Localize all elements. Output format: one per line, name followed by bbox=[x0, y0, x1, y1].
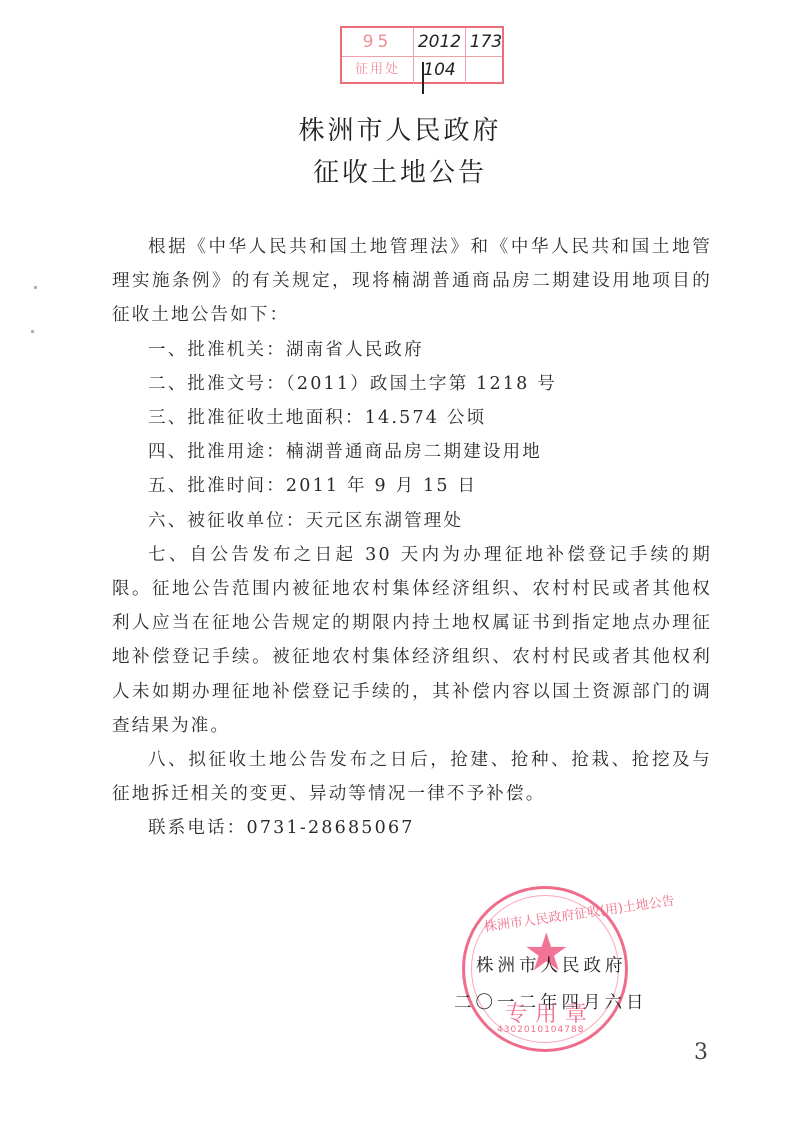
signature-issuer: 株洲市人民政府 bbox=[476, 952, 627, 977]
item-label: 一、批准机关： bbox=[148, 340, 286, 360]
item-approved-use: 四、批准用途：楠湖普通商品房二期建设用地 bbox=[112, 435, 712, 469]
item-approval-authority: 一、批准机关：湖南省人民政府 bbox=[112, 333, 712, 367]
contact-line: 联系电话：0731-28685067 bbox=[112, 811, 712, 845]
item-label: 三、批准征收土地面积： bbox=[148, 408, 365, 428]
item-value: 2011 年 9 月 15 日 bbox=[286, 476, 477, 496]
signature-date: 二〇一二年四月六日 bbox=[454, 989, 648, 1014]
stamp-printed-office: 征用处 bbox=[342, 56, 414, 84]
contact-phone: 0731-28685067 bbox=[247, 818, 415, 838]
intro-paragraph: 根据《中华人民共和国土地管理法》和《中华人民共和国土地管理实施条例》的有关规定，… bbox=[112, 230, 712, 333]
clause-eight: 八、拟征收土地公告发布之日后，抢建、抢种、抢栽、抢挖及与征地拆迁相关的变更、异动… bbox=[112, 743, 712, 811]
item-value: 天元区东湖管理处 bbox=[306, 511, 464, 531]
clause-seven: 七、自公告发布之日起 30 天内为办理征地补偿登记手续的期限。征地公告范围内被征… bbox=[112, 538, 712, 743]
item-value: （2011）政国土字第 1218 号 bbox=[286, 374, 557, 394]
item-land-area: 三、批准征收土地面积：14.574 公顷 bbox=[112, 401, 712, 435]
item-label: 六、被征收单位： bbox=[148, 511, 306, 531]
item-value: 楠湖普通商品房二期建设用地 bbox=[286, 442, 542, 462]
issuer-title: 株洲市人民政府 bbox=[0, 110, 800, 147]
registration-stamp-row-top: 95 2012 173 bbox=[342, 28, 502, 57]
item-label: 二、批准文号： bbox=[148, 374, 286, 394]
seal-code: 4302010104788 bbox=[497, 1025, 584, 1035]
item-expropriated-unit: 六、被征收单位：天元区东湖管理处 bbox=[112, 504, 712, 538]
item-value: 湖南省人民政府 bbox=[286, 340, 424, 360]
page-number: 3 bbox=[694, 1040, 708, 1065]
stamp-handwritten-year: 2012 bbox=[414, 28, 466, 56]
scan-speck bbox=[34, 286, 37, 289]
stamp-printed-number: 95 bbox=[342, 28, 414, 56]
handwriting-stroke bbox=[422, 62, 424, 94]
item-approval-date: 五、批准时间：2011 年 9 月 15 日 bbox=[112, 469, 712, 503]
item-label: 五、批准时间： bbox=[148, 476, 286, 496]
item-label: 四、批准用途： bbox=[148, 442, 286, 462]
document-page: 95 2012 173 征用处 104 株洲市人民政府 征收土地公告 根据《中华… bbox=[0, 0, 800, 1128]
contact-label: 联系电话： bbox=[148, 818, 247, 838]
notice-body: 根据《中华人民共和国土地管理法》和《中华人民共和国土地管理实施条例》的有关规定，… bbox=[112, 230, 712, 846]
stamp-handwritten-number: 173 bbox=[466, 28, 506, 56]
item-approval-number: 二、批准文号：（2011）政国土字第 1218 号 bbox=[112, 367, 712, 401]
document-title: 征收土地公告 bbox=[0, 152, 800, 189]
item-value: 14.574 公顷 bbox=[365, 408, 487, 428]
scan-speck bbox=[31, 330, 34, 333]
stamp-empty-cell bbox=[466, 56, 506, 84]
